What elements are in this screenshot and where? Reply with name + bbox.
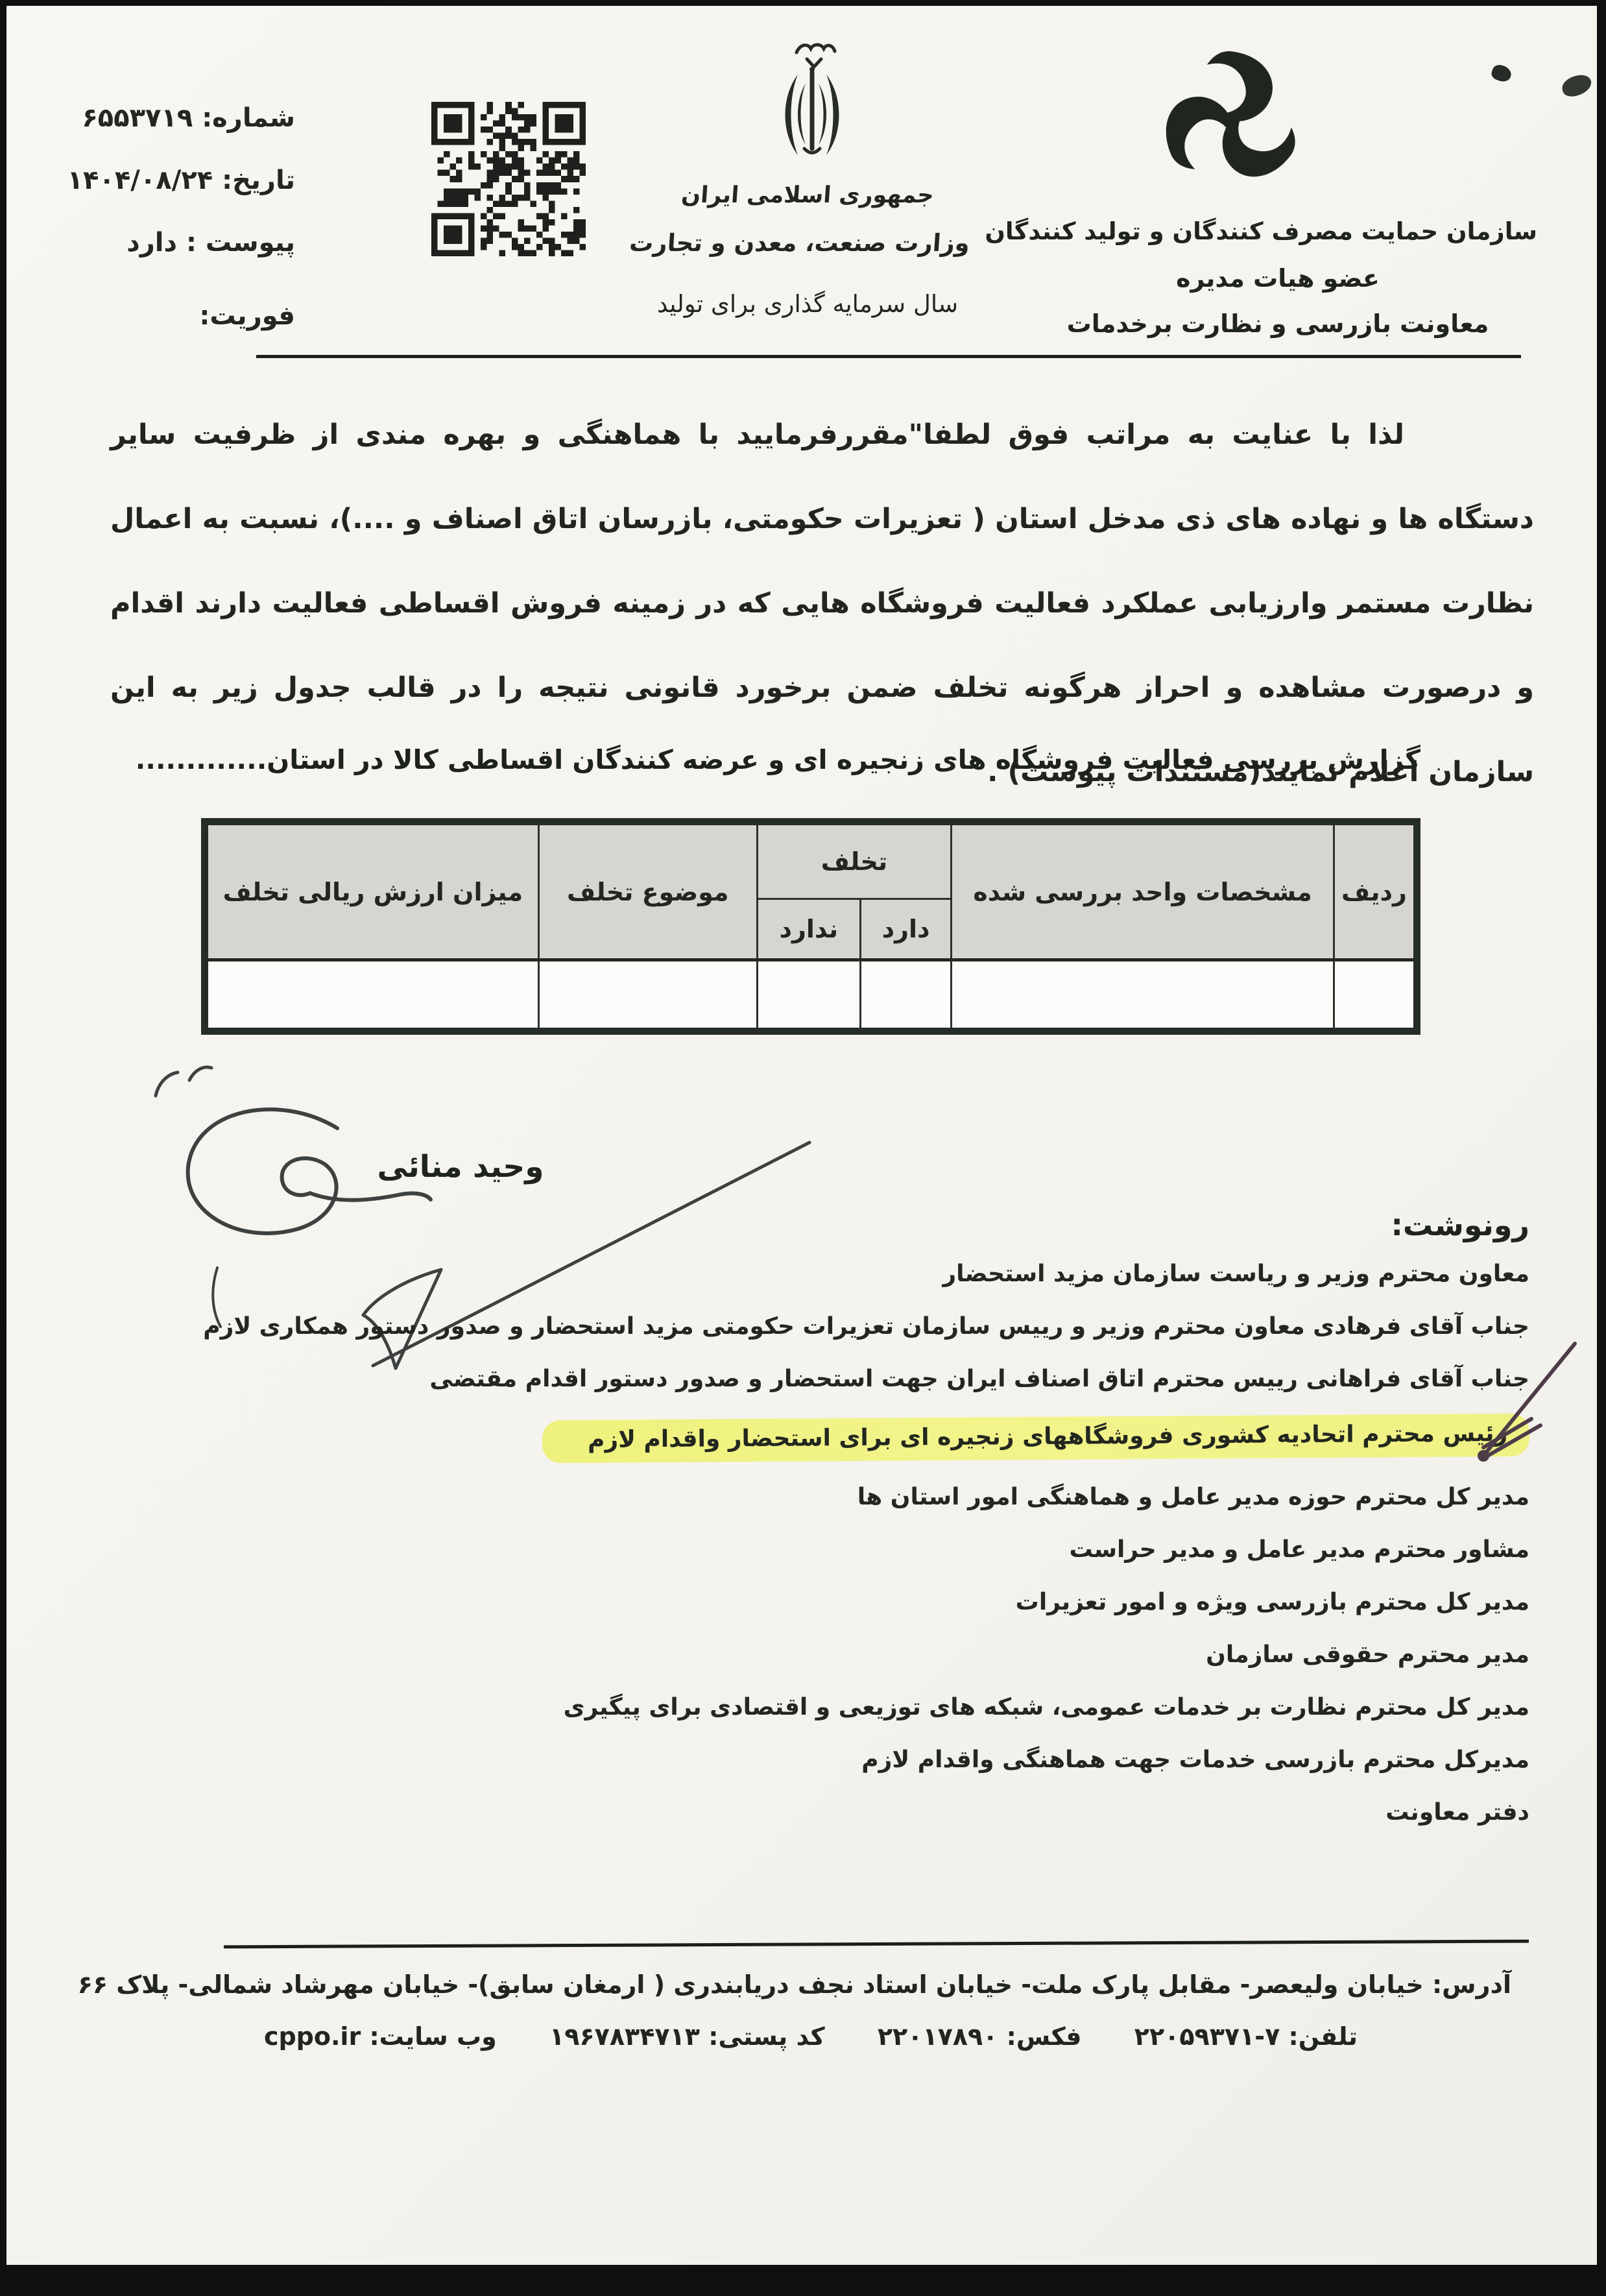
website-label: وب سایت: bbox=[369, 2022, 496, 2051]
cc-item: رئیس محترم اتحادیه کشوری فروشگاههای زنجی… bbox=[279, 1417, 1529, 1460]
meta-row-attachment: پیوست : دارد bbox=[75, 228, 295, 258]
phone-value: ۲۲۰۵۹۳۷۱-۷ bbox=[1134, 2022, 1280, 2051]
empty-cell bbox=[538, 960, 757, 1032]
qr-code bbox=[431, 102, 586, 256]
cc-item: جناب آقای فرهادی معاون محترم وزیر و رییس… bbox=[279, 1312, 1529, 1342]
cc-list: معاون محترم وزیر و ریاست سازمان مزید است… bbox=[279, 1259, 1529, 1828]
iran-emblem-icon bbox=[772, 38, 853, 181]
col-header-has: دارد bbox=[860, 899, 951, 960]
ink-mark bbox=[1490, 63, 1513, 84]
cc-section: رونوشت: معاون محترم وزیر و ریاست سازمان … bbox=[279, 1207, 1529, 1850]
meta-row-date: تاریخ: ۱۴۰۴/۰۸/۲۴ bbox=[75, 165, 295, 195]
col-header-subject: موضوع تخلف bbox=[538, 822, 757, 960]
date-value: ۱۴۰۴/۰۸/۲۴ bbox=[67, 165, 213, 195]
cc-item-text: مدیر کل محترم نظارت بر خدمات عمومی، شبکه… bbox=[564, 1694, 1529, 1721]
website-value: cppo.ir bbox=[264, 2022, 361, 2051]
cc-item-text: مدیر محترم حقوقی سازمان bbox=[1206, 1641, 1529, 1668]
address-line: آدرس: خیابان ولیعصر- مقابل پارک ملت- خیا… bbox=[110, 1970, 1511, 1999]
cc-item: مدیر کل محترم حوزه مدیر عامل و هماهنگی ا… bbox=[279, 1482, 1529, 1512]
ink-mark bbox=[1560, 73, 1594, 99]
cc-item-text: مدیر کل محترم حوزه مدیر عامل و هماهنگی ا… bbox=[857, 1484, 1529, 1510]
cc-item: مشاور محترم مدیر عامل و مدیر حراست bbox=[279, 1535, 1529, 1565]
phone-group: تلفن: ۲۲۰۵۹۳۷۱-۷ bbox=[1126, 2022, 1358, 2051]
cc-item: مدیر کل محترم بازرسی ویژه و امور تعزیرات bbox=[279, 1588, 1529, 1617]
contact-line: تلفن: ۲۲۰۵۹۳۷۱-۷ فکس: ۲۲۰۱۷۸۹۰ کد پستی: … bbox=[110, 2022, 1511, 2051]
postal-value: ۱۹۶۷۸۳۴۷۱۳ bbox=[549, 2022, 700, 2051]
cc-item-text: مشاور محترم مدیر عامل و مدیر حراست bbox=[1069, 1536, 1529, 1563]
cc-item-text: مدیرکل محترم بازرسی خدمات جهت هماهنگی وا… bbox=[861, 1746, 1529, 1773]
pen-checkmark bbox=[1455, 1324, 1581, 1490]
year-slogan: سال سرمایه گذاری برای تولید bbox=[649, 290, 966, 318]
empty-cell bbox=[205, 960, 539, 1032]
cc-item-text-highlighted: رئیس محترم اتحادیه کشوری فروشگاههای زنجی… bbox=[542, 1414, 1530, 1464]
org-subtitle-deputy: معاونت بازرسی و نظارت برخدمات bbox=[1018, 309, 1537, 338]
empty-cell bbox=[860, 960, 951, 1032]
footer-divider bbox=[224, 1940, 1529, 1949]
attachment-label: پیوست : bbox=[186, 228, 295, 258]
fax-value: ۲۲۰۱۷۸۹۰ bbox=[878, 2022, 998, 2051]
col-header-has-not: ندارد bbox=[757, 899, 860, 960]
col-header-value: میزان ارزش ریالی تخلف bbox=[205, 822, 539, 960]
empty-cell bbox=[757, 960, 860, 1032]
number-value: ۶۵۵۳۷۱۹ bbox=[82, 103, 193, 133]
cc-item-text: معاون محترم وزیر و ریاست سازمان مزید است… bbox=[942, 1261, 1529, 1287]
document-page: شماره: ۶۵۵۳۷۱۹ تاریخ: ۱۴۰۴/۰۸/۲۴ پیوست :… bbox=[6, 6, 1597, 2265]
cc-item: مدیر محترم حقوقی سازمان bbox=[279, 1640, 1529, 1670]
col-header-unit: مشخصات واحد بررسی شده bbox=[952, 822, 1334, 960]
cc-item: مدیر کل محترم نظارت بر خدمات عمومی، شبکه… bbox=[279, 1693, 1529, 1722]
empty-cell bbox=[952, 960, 1334, 1032]
signatory-name: وحید منائی bbox=[357, 1149, 564, 1185]
fax-group: فکس: ۲۲۰۱۷۸۹۰ bbox=[869, 2022, 1082, 2051]
cc-item: معاون محترم وزیر و ریاست سازمان مزید است… bbox=[279, 1259, 1529, 1289]
cc-item-text: جناب آقای فراهانی رییس محترم اتاق اصناف … bbox=[429, 1366, 1529, 1392]
republic-title: جمهوری اسلامی ایران bbox=[651, 182, 965, 208]
postal-group: کد پستی: ۱۹۶۷۸۳۴۷۱۳ bbox=[541, 2022, 825, 2051]
date-label: تاریخ: bbox=[222, 165, 295, 195]
website-group: وب سایت: cppo.ir bbox=[264, 2022, 497, 2051]
meta-row-number: شماره: ۶۵۵۳۷۱۹ bbox=[75, 103, 295, 133]
phone-label: تلفن: bbox=[1289, 2022, 1358, 2051]
postal-label: کد پستی: bbox=[708, 2022, 824, 2051]
table-row bbox=[205, 960, 1417, 1032]
organization-name: سازمان حمایت مصرف کنندگان و تولید کنندگا… bbox=[1018, 217, 1537, 245]
inspection-table: ردیف مشخصات واحد بررسی شده تخلف موضوع تخ… bbox=[201, 818, 1420, 1035]
header-divider bbox=[256, 355, 1521, 358]
attachment-value: دارد bbox=[126, 228, 177, 258]
fax-label: فکس: bbox=[1007, 2022, 1082, 2051]
meta-row-urgency: فوریت: bbox=[75, 301, 295, 331]
urgency-label: فوریت: bbox=[199, 301, 295, 331]
number-label: شماره: bbox=[202, 103, 295, 133]
organization-logo-icon bbox=[1156, 42, 1306, 193]
cc-heading: رونوشت: bbox=[279, 1207, 1529, 1242]
org-subtitle-board: عضو هیات مدیره bbox=[1018, 264, 1537, 293]
col-header-violation: تخلف bbox=[757, 822, 952, 899]
col-header-row: ردیف bbox=[1334, 822, 1417, 960]
ministry-title: وزارت صنعت، معدن و تجارت bbox=[644, 229, 970, 257]
cc-item-text: جناب آقای فرهادی معاون محترم وزیر و رییس… bbox=[203, 1313, 1529, 1340]
empty-cell bbox=[1334, 960, 1417, 1032]
cc-item: جناب آقای فراهانی رییس محترم اتاق اصناف … bbox=[279, 1364, 1529, 1394]
cc-item-text: دفتر معاونت bbox=[1385, 1799, 1529, 1826]
cc-item: دفتر معاونت bbox=[279, 1798, 1529, 1828]
table-caption: گزارش بررسی فعالیت فروشگاه های زنجیره ای… bbox=[201, 744, 1420, 775]
cc-item: مدیرکل محترم بازرسی خدمات جهت هماهنگی وا… bbox=[279, 1745, 1529, 1775]
cc-item-text: مدیر کل محترم بازرسی ویژه و امور تعزیرات bbox=[1016, 1589, 1529, 1615]
